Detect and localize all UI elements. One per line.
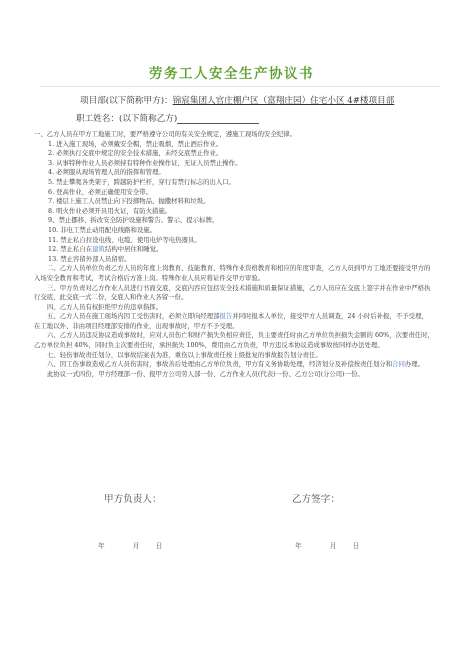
rule-item: 13. 禁止容留外部人员留宿。 <box>34 255 434 265</box>
rule-item: 9、禁止挪移、拆改安全防护设施和警告、警示、提示标牌。 <box>34 216 434 226</box>
day-label: 日 <box>353 540 360 550</box>
party-b-label: 职工姓名：(以下简称乙方) <box>76 114 177 124</box>
section-3: 三、甲方负责对乙方作业人员进行书面交底，交底内容应包括安全技术措施和质量保证措施… <box>34 284 434 303</box>
section-8-suffix: 办理。 <box>405 360 424 368</box>
section-5-prefix: 五、乙方人员在施工现场内因工受伤害时，必须立即向经理部 <box>47 312 220 320</box>
contract-link[interactable]: 合同 <box>392 360 405 368</box>
party-a-label: 项目部(以下简称甲方)： <box>80 96 173 106</box>
month-label: 月 <box>330 540 337 550</box>
document-title: 劳务工人安全生产协议书 <box>0 62 463 82</box>
section-5: 五、乙方人员在施工现场内因工受伤害时，必须立即向经理部报告并同时报本人单位，接受… <box>34 312 434 331</box>
year-label: 年 <box>295 540 302 550</box>
section-8: 八、因工伤事故造成乙方人员伤害时，事故善后处理由乙方单位负责，甲方有义务协助处理… <box>34 360 434 370</box>
building-link[interactable]: 建筑 <box>92 245 105 253</box>
rule-item: 7. 楼层上施工人员禁止向下投掷物品、抛撒材料和垃圾。 <box>34 197 434 207</box>
rule-item: 11. 禁止私自拉设电线、电缆、使用电炉等电热器具。 <box>34 236 434 246</box>
year-label: 年 <box>98 540 105 550</box>
section-8-prefix: 八、因工伤事故造成乙方人员伤害时，事故善后处理由乙方单位负责，甲方有义务协助处理… <box>47 360 392 368</box>
month-label: 月 <box>133 540 140 550</box>
rule-12-suffix: 结构中居住和睡觉。 <box>105 245 163 253</box>
section-1-intro: 一、乙方人员在甲方工地施工时，要严格遵守公司的有关安全规定，遵施工现场的安全纪律… <box>34 130 434 140</box>
report-link[interactable]: 报告 <box>220 312 233 320</box>
party-a-date: 年月日 <box>98 540 162 550</box>
rule-12-prefix: 12. 禁止私自在 <box>48 245 92 253</box>
section-6: 六、乙方人员违反协议造成事故时，应对人员伤亡和财产损失负相应责任，负主要责任时由… <box>34 331 434 350</box>
section-7: 七、轻伤事故责任划分，以事故结案表为准，重伤以上事故责任按上级批复的事故报告划分… <box>34 351 434 361</box>
agreement-body: 一、乙方人员在甲方工地施工时，要严格遵守公司的有关安全规定，遵施工现场的安全纪律… <box>34 130 434 379</box>
rule-item: 10. 非电工禁止动用配电线路和设施。 <box>34 226 434 236</box>
section-2: 二、乙方人员单位负责乙方人员的年度上岗教育、技能教育、特殊作业资格教育和相应的年… <box>34 264 434 283</box>
rule-item: 2. 必须执行交底中规定的安全技术措施，未经交底禁止作业。 <box>34 149 434 159</box>
rule-item-12: 12. 禁止私自在建筑结构中居住和睡觉。 <box>34 245 434 255</box>
rule-item: 1. 进入施工现场，必须戴安全帽，禁止吸烟，禁止酒后作业。 <box>34 140 434 150</box>
party-a-signature-label: 甲方负责人： <box>104 491 162 505</box>
closing-clause: 此协议一式四份，甲方经理部一份、报甲方公司劳人部一份、乙方作业人员(代表)一份、… <box>34 370 434 380</box>
party-a-value: 锦宸集团人官庄棚户区（富翔庄园）住宅小区 4#楼项目部 <box>173 96 395 106</box>
party-b-line: 职工姓名：(以下简称乙方) <box>76 112 259 124</box>
title-divider <box>40 86 440 87</box>
party-a-line: 项目部(以下简称甲方)：锦宸集团人官庄棚户区（富翔庄园）住宅小区 4#楼项目部 <box>80 94 394 106</box>
section-4: 四、乙方人员有权拒绝甲方的违章指挥。 <box>34 303 434 313</box>
rule-item: 6. 登高作业，必须正确使用安全带。 <box>34 188 434 198</box>
party-b-signature-label: 乙方签字： <box>292 491 340 505</box>
rule-item: 8. 明火作业必须开具用火证，有防火措施。 <box>34 207 434 217</box>
rule-item: 4. 必须服从现场管理人员的指挥和管理。 <box>34 168 434 178</box>
day-label: 日 <box>156 540 163 550</box>
rule-item: 3. 从事特种作业人员必须持有特种作业操作证，无证人员禁止操作。 <box>34 159 434 169</box>
party-b-date: 年月日 <box>295 540 359 550</box>
party-b-name-blank <box>177 114 259 124</box>
rule-item: 5. 禁止攀爬各类架子，跨越防护栏杆，穿行有禁行标志的出入口。 <box>34 178 434 188</box>
